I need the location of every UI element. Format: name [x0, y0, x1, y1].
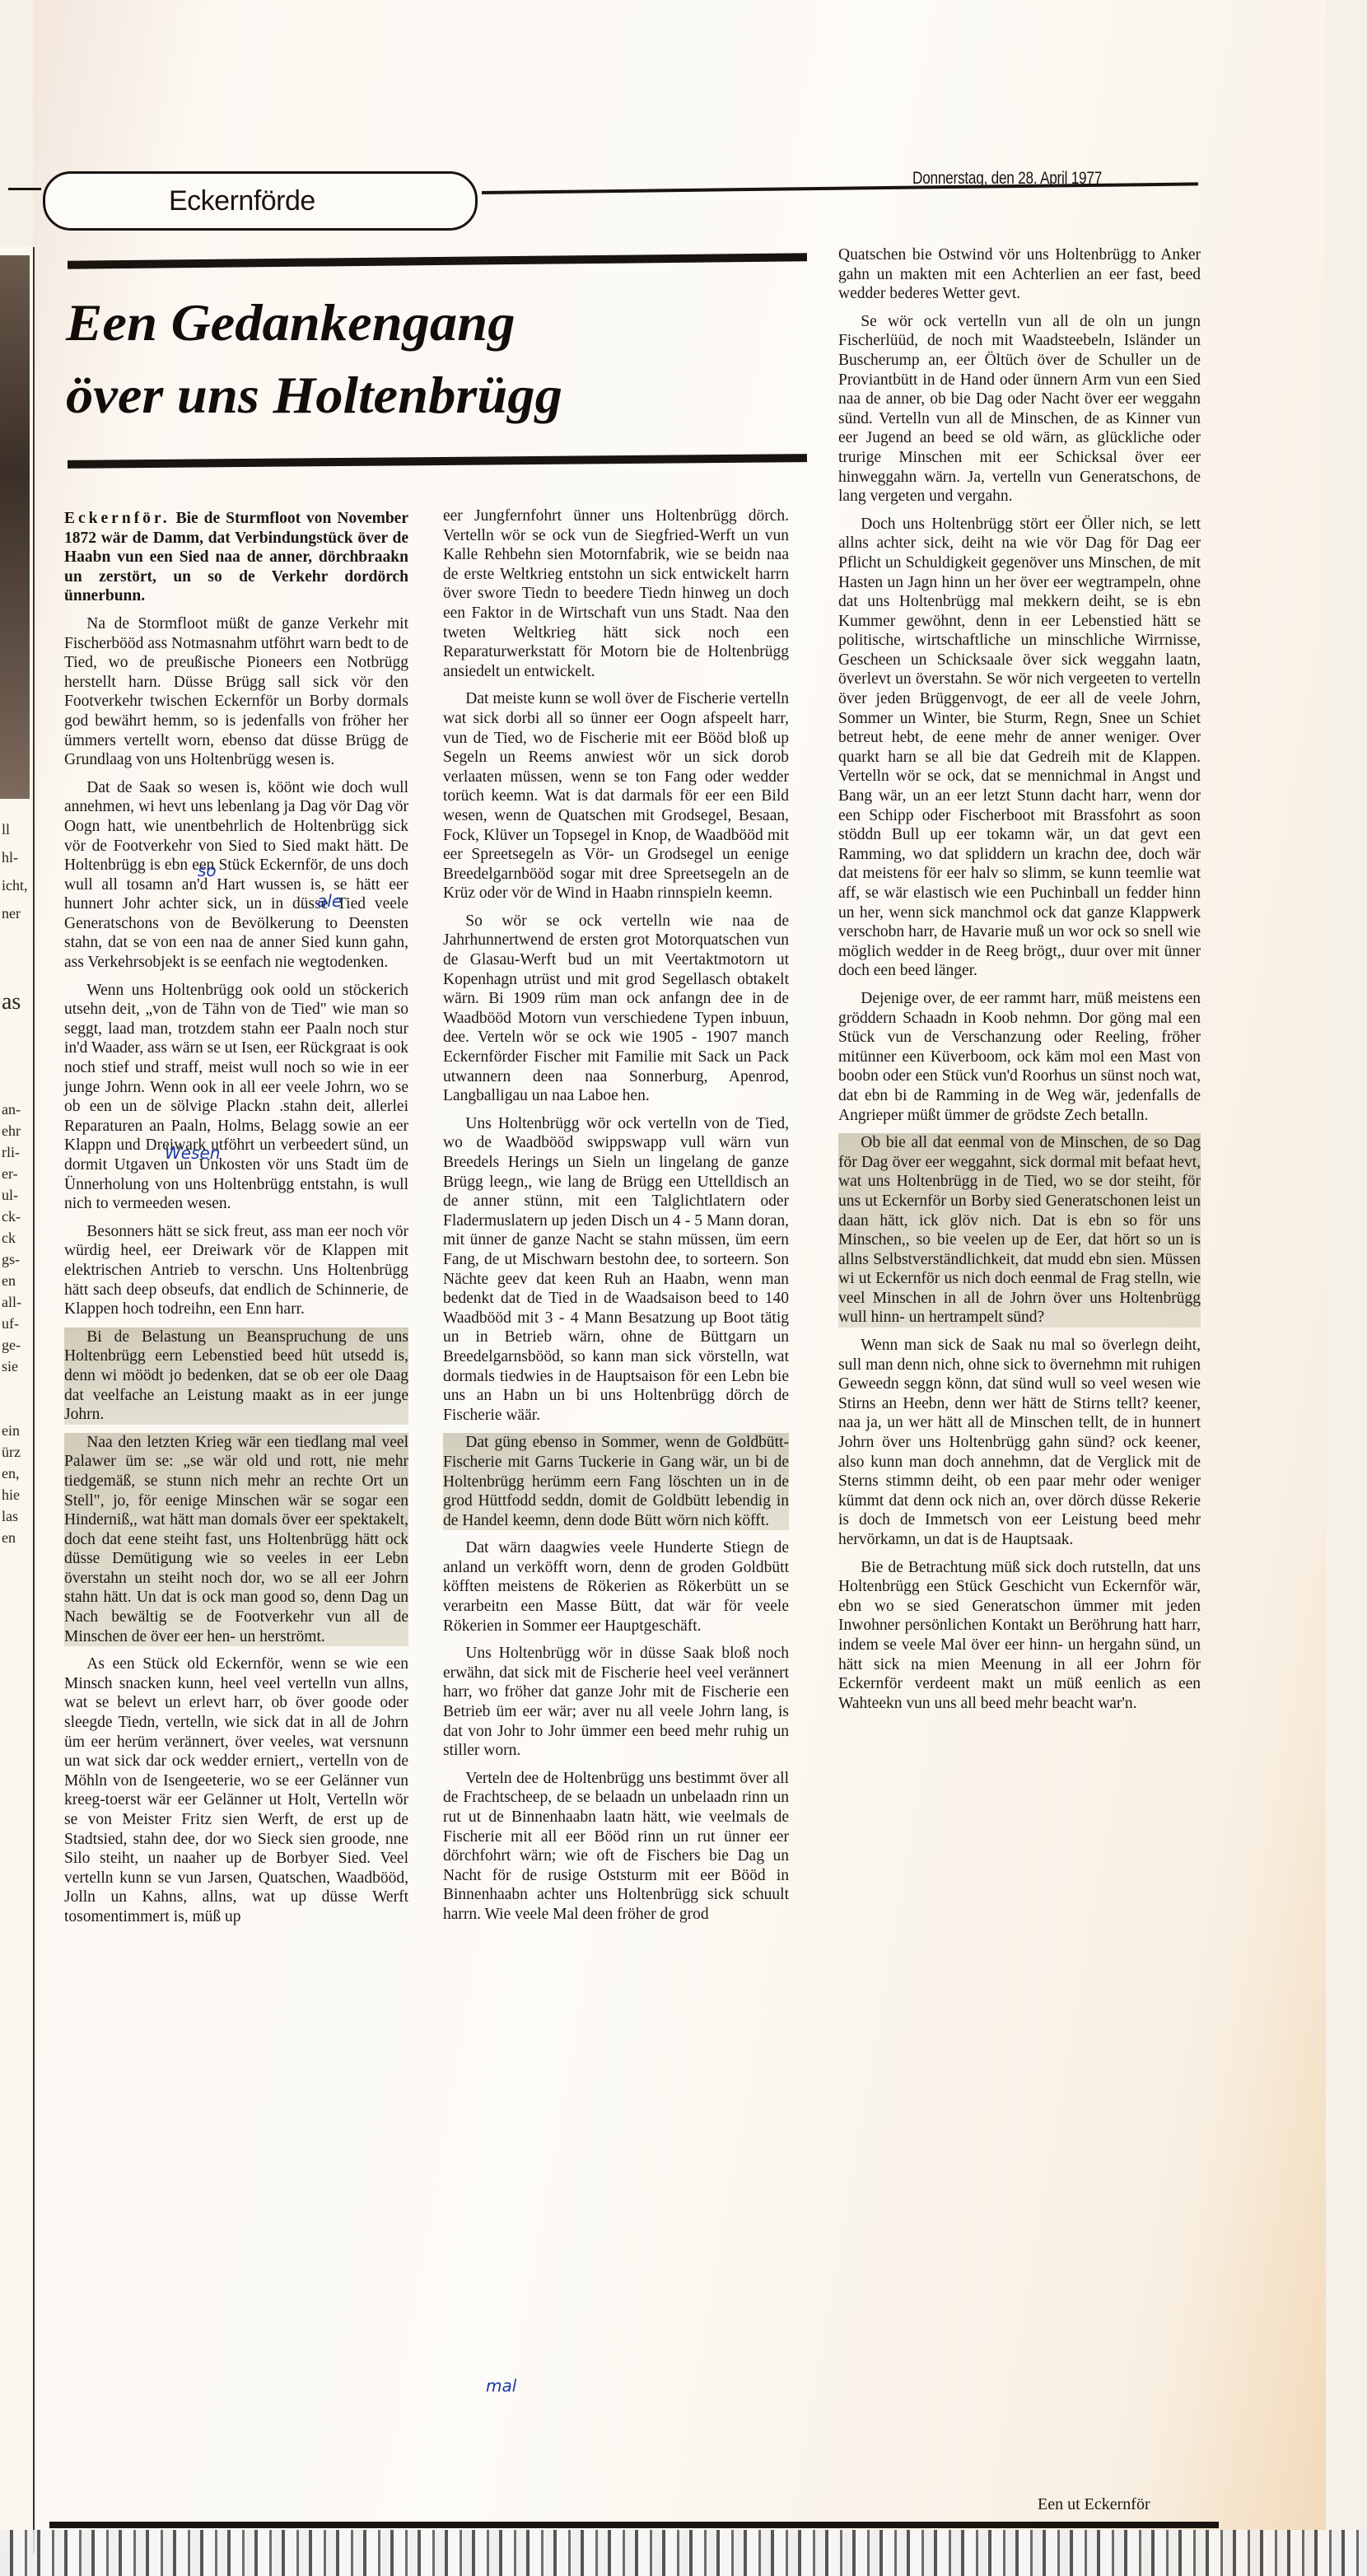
edge-text-fragment: icht,: [2, 871, 31, 899]
handwritten-correction: Wesen: [165, 1143, 220, 1163]
paragraph: Bi de Belastung un Beanspruchung de uns …: [64, 1328, 408, 1425]
edge-text-fragment: as: [2, 988, 31, 1016]
article-column-2: eer Jungfernfohrt ünner uns Holtenbrügg …: [443, 506, 789, 1933]
bottom-rule: [49, 2522, 1219, 2528]
paragraph: Uns Holtenbrügg wör ock vertelln von de …: [443, 1114, 789, 1426]
dateline: Eckernför.: [64, 510, 170, 527]
next-article-fragment: [0, 2530, 1367, 2576]
handwritten-correction: so: [198, 861, 217, 880]
paragraph: As een Stück old Eckernför, wenn se wie …: [64, 1654, 408, 1926]
paragraph: Quatschen bie Ostwind vör uns Holtenbrüg…: [838, 245, 1201, 304]
masthead-rule-left: [8, 188, 41, 190]
paragraph: Bie de Betrachtung müß sick doch rutstel…: [838, 1558, 1201, 1714]
paragraph: eer Jungfernfohrt ünner uns Holtenbrügg …: [443, 506, 789, 681]
edge-text-fragment: hl-: [2, 843, 31, 871]
paragraph: Wenn man sick de Saak nu mal so överlegn…: [838, 1336, 1201, 1550]
paragraph: Dat de Saak so wesen is, köönt wie doch …: [64, 778, 408, 973]
section-label-box: Eckernförde: [43, 171, 478, 231]
paragraph: Se wör ock vertelln vun all de oln un ju…: [838, 312, 1201, 506]
edge-text-fragment: ner: [2, 899, 31, 927]
paragraph: Dat güng ebenso in Sommer, wenn de Goldb…: [443, 1433, 789, 1530]
author-signature: Een ut Eckernför: [1038, 2495, 1150, 2514]
adjacent-photo-fragment: [0, 255, 30, 799]
paragraph: Verteln dee de Holtenbrügg uns bestimmt …: [443, 1769, 789, 1925]
paragraph: Na de Stormfloot müßt de ganze Verkehr m…: [64, 614, 408, 770]
paragraph: So wör se ock vertelln wie naa de Jahrhu…: [443, 912, 789, 1106]
headline: Een Gedankengang över uns Holtenbrügg: [66, 287, 837, 432]
section-label: Eckernförde: [169, 185, 315, 217]
issue-date: Donnerstag, den 28. April 1977: [912, 169, 1102, 189]
edge-text-fragment: en: [2, 1524, 31, 1552]
handwritten-correction: mal: [486, 2376, 516, 2396]
paragraph: Uns Holtenbrügg wör in düsse Saak bloß n…: [443, 1644, 789, 1761]
paragraph: Ob bie all dat eenmal von de Minschen, d…: [838, 1133, 1201, 1328]
handwritten-correction: ale: [317, 891, 342, 911]
headline-line-1: Een Gedankengang: [66, 287, 837, 359]
article-column-1: Eckernför. Bie de Sturmfloot von Novembe…: [64, 509, 408, 1935]
headline-line-2: över uns Holtenbrügg: [66, 359, 837, 432]
edge-text-fragment: sie: [2, 1352, 31, 1380]
paragraph: Wenn uns Holtenbrügg ook oold un stöcker…: [64, 981, 408, 1214]
paragraph: Naa den letzten Krieg wär een tiedlang m…: [64, 1433, 408, 1647]
paragraph: Dat meiste kunn se woll över de Fischeri…: [443, 689, 789, 903]
paragraph: Besonners hätt se sick freut, ass man ee…: [64, 1222, 408, 1319]
article-column-3: Quatschen bie Ostwind vör uns Holtenbrüg…: [838, 245, 1201, 1721]
lead-paragraph: Eckernför. Bie de Sturmfloot von Novembe…: [64, 509, 408, 606]
paragraph: Dejenige over, de eer rammt harr, müß me…: [838, 989, 1201, 1125]
paragraph: Dat wärn daagwies veele Hunderte Stiegn …: [443, 1538, 789, 1636]
edge-text-fragment: ll: [2, 815, 31, 843]
paragraph: Doch uns Holtenbrügg stört eer Öller nic…: [838, 515, 1201, 981]
adjacent-column-edge: ll hl- icht, ner as an- ehr rli- er- ul-…: [0, 247, 35, 2553]
